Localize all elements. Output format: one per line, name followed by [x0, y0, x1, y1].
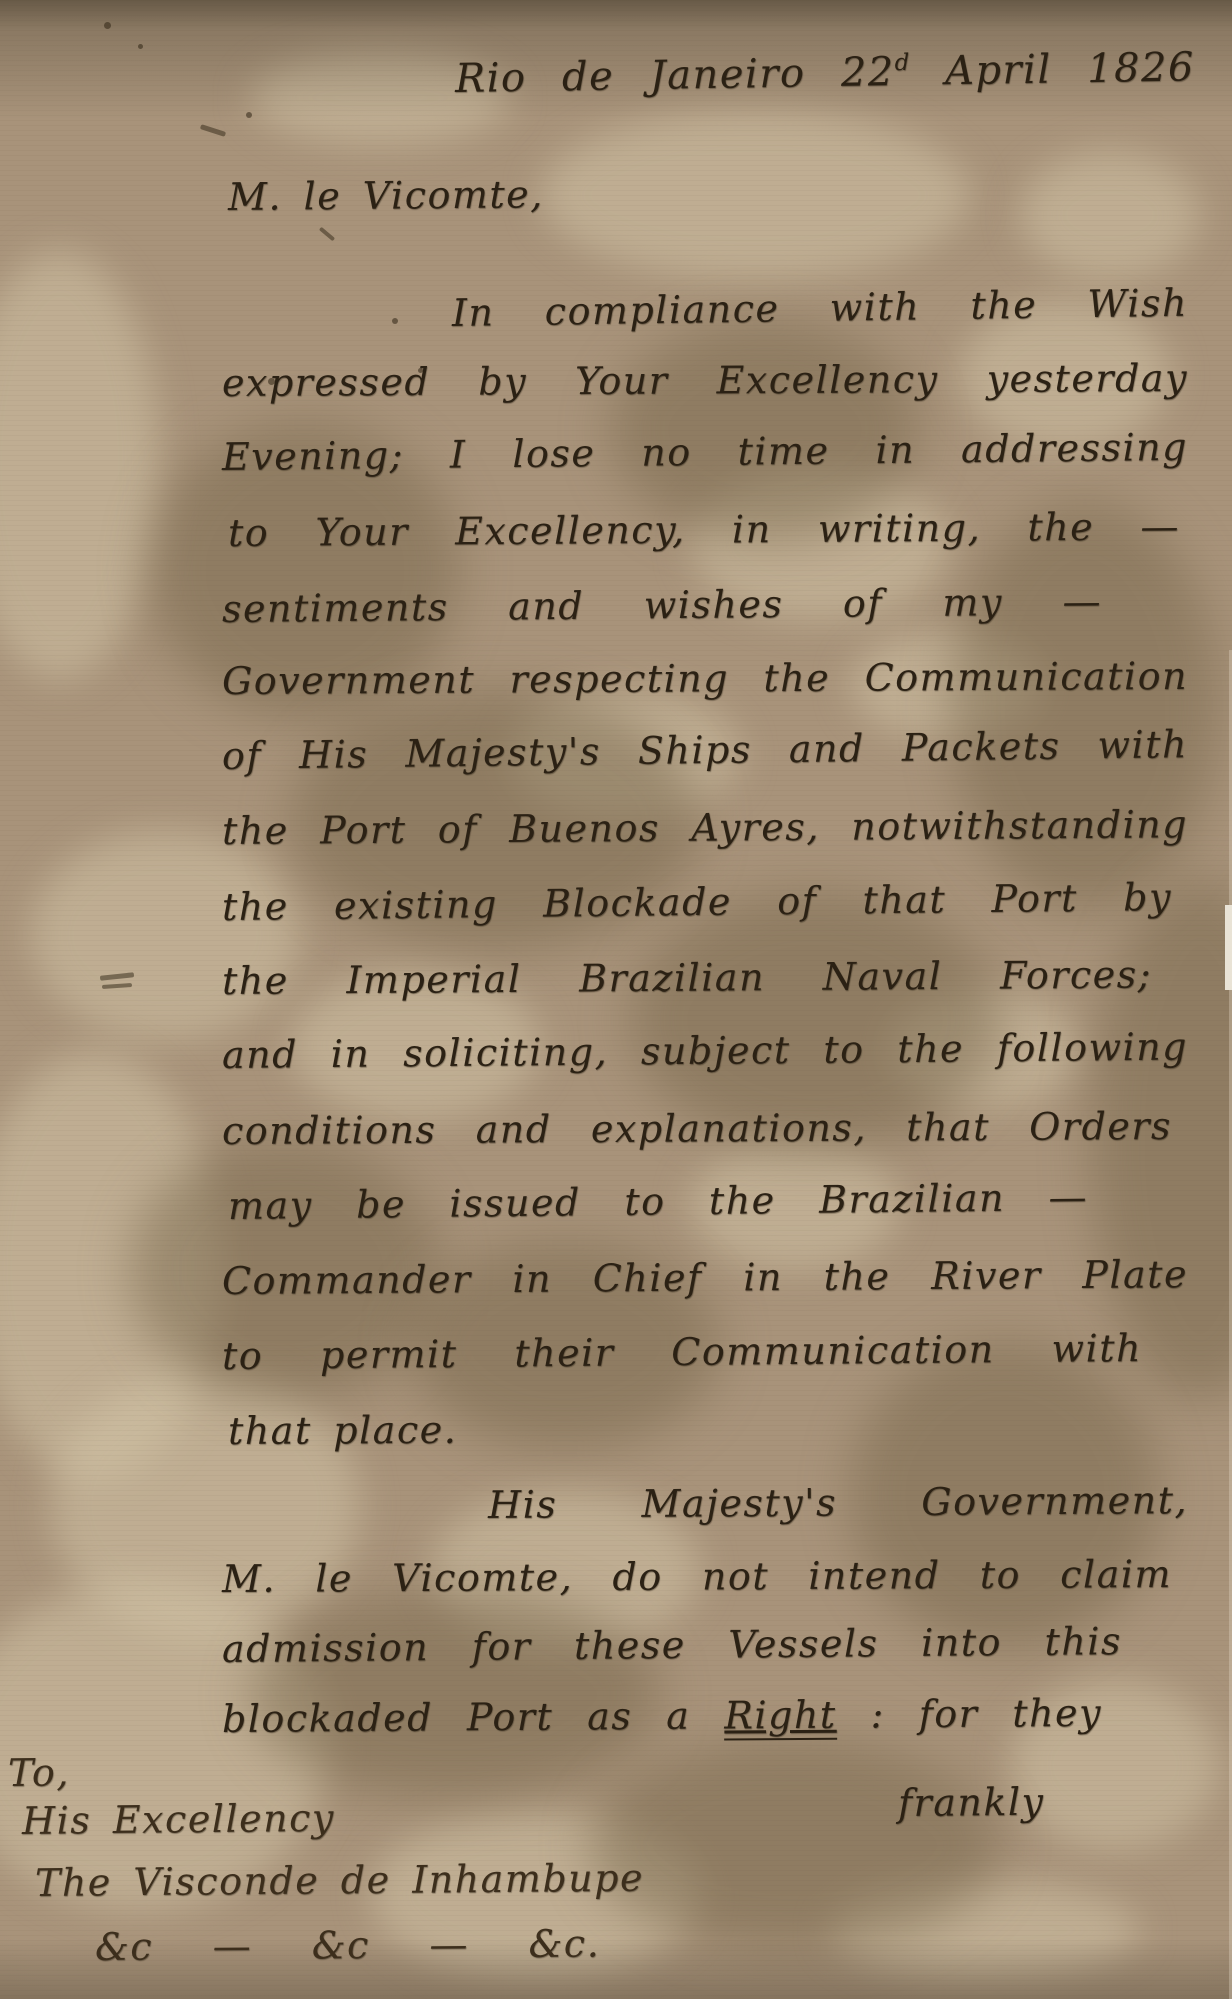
phrase-pre: blockaded Port as a: [222, 1693, 725, 1741]
letter-line: sentiments and wishes of my —: [222, 580, 1102, 631]
letter-line: that place.: [228, 1409, 457, 1454]
paper-stain: [540, 110, 970, 280]
dateline-ordinal: d: [894, 50, 909, 76]
address-to: To,: [8, 1751, 70, 1795]
letter-line: of His Majesty's Ships and Packets with: [222, 723, 1188, 778]
paper-stain: [0, 1050, 220, 1480]
catchword: frankly: [898, 1781, 1045, 1826]
ink-speck: [200, 124, 226, 137]
salutation: M. le Vicomte,: [228, 173, 544, 219]
dateline-month-year: April 1826: [909, 44, 1195, 94]
letter-line: expressed by Your Excellency yesterday: [222, 357, 1188, 406]
letter-line: the existing Blockade of that Port by: [222, 876, 1172, 930]
letter-line: In compliance with the Wish: [452, 282, 1189, 336]
paper-stain: [30, 830, 300, 1040]
ink-speck: [319, 227, 335, 242]
address-etcetera: &c — &c — &c.: [95, 1922, 601, 1969]
ink-scribble: [100, 972, 134, 981]
letter-line: His Majesty's Government,: [488, 1479, 1188, 1528]
dateline-place-day: Rio de Janeiro 22: [455, 49, 896, 102]
letter-line: may be issued to the Brazilian —: [228, 1176, 1088, 1229]
paper-stain: [1020, 150, 1200, 280]
address-line: His Excellency: [22, 1797, 335, 1844]
underlined-word: Right: [724, 1693, 837, 1741]
paper-stain: [830, 1880, 1140, 1980]
letter-line: Commander in Chief in the River Plate: [222, 1253, 1188, 1303]
letter-line: to permit their Communication with: [222, 1327, 1142, 1379]
letter-line: the Port of Buenos Ayres, notwithstandin…: [222, 803, 1188, 853]
address-line: The Visconde de Inhambupe: [35, 1857, 644, 1906]
paper-edge-highlight: [1225, 905, 1232, 990]
paper-stain: [950, 500, 1220, 910]
paper-stain: [590, 1740, 1000, 1950]
letter-line: conditions and explanations, that Orders: [222, 1105, 1172, 1154]
letter-page: Rio de Janeiro 22d April 1826 M. le Vico…: [0, 0, 1232, 1999]
ink-speck: [138, 44, 143, 49]
letter-line: to Your Excellency, in writing, the —: [228, 505, 1180, 555]
letter-line: and in soliciting, subject to the follow…: [222, 1026, 1188, 1078]
letter-line: M. le Vicomte, do not intend to claim: [222, 1553, 1172, 1602]
letter-line: admission for these Vessels into this: [222, 1620, 1122, 1672]
letter-line: Government respecting the Communication: [222, 655, 1188, 704]
ink-speck: [246, 112, 252, 118]
letter-line: Evening; I lose no time in addressing: [222, 426, 1188, 480]
ink-speck: [104, 22, 111, 29]
ink-scribble: [102, 983, 132, 989]
phrase-post: : for they: [836, 1691, 1102, 1737]
dateline: Rio de Janeiro 22d April 1826: [455, 44, 1196, 102]
paper-stain: [0, 250, 160, 680]
letter-line: the Imperial Brazilian Naval Forces;: [222, 954, 1152, 1004]
letter-line: blockaded Port as a Right : for they: [222, 1692, 1102, 1742]
ink-speck: [392, 318, 398, 324]
